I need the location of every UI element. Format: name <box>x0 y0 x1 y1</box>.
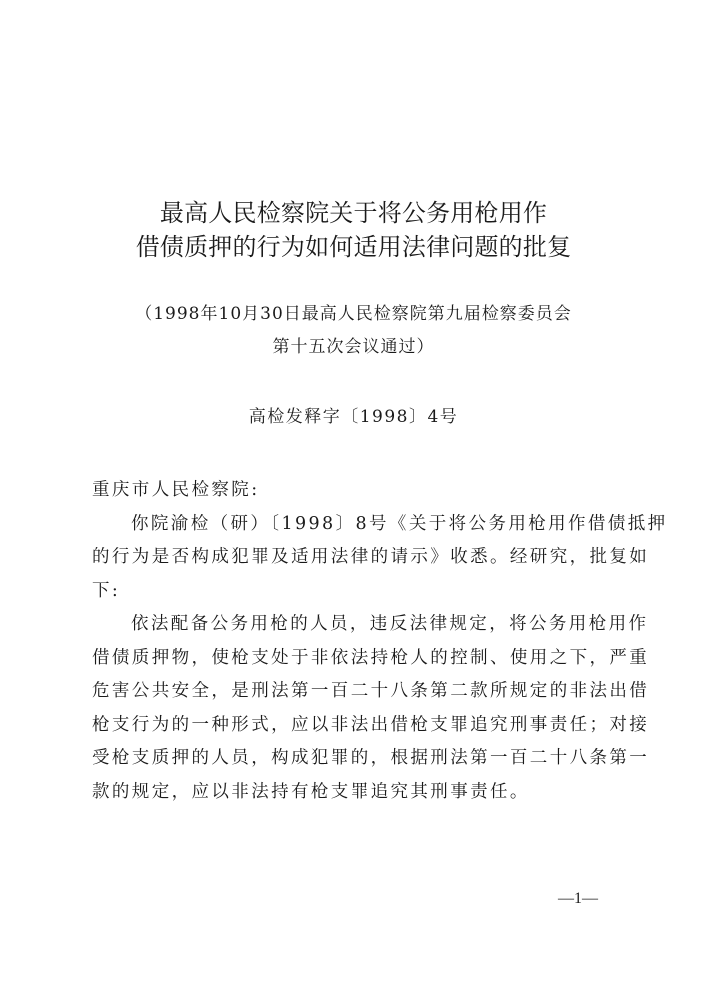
document-title: 最高人民检察院关于将公务用枪用作 借债质押的行为如何适用法律问题的批复 <box>0 196 707 264</box>
body-line: 危害公共安全，是刑法第一百二十八条第二款所规定的非法出借 <box>92 675 620 709</box>
document-number: 高检发释字〔1998〕4号 <box>0 402 707 432</box>
body-line: 受枪支质押的人员，构成犯罪的，根据刑法第一百二十八条第一 <box>92 742 620 776</box>
body-line: 枪支行为的一种形式，应以非法出借枪支罪追究刑事责任；对接 <box>92 709 620 743</box>
body-line: 借债质押物，使枪支处于非依法持枪人的控制、使用之下，严重 <box>92 642 620 676</box>
adoption-note-line-2: 第十五次会议通过） <box>0 331 707 364</box>
document-page: 最高人民检察院关于将公务用枪用作 借债质押的行为如何适用法律问题的批复 （199… <box>0 0 707 999</box>
body-line: 依法配备公务用枪的人员，违反法律规定，将公务用枪用作 <box>92 608 620 642</box>
body-line: 的行为是否构成犯罪及适用法律的请示》收悉。经研究，批复如 <box>92 541 620 575</box>
addressee: 重庆市人民检察院: <box>92 474 620 508</box>
adoption-note: （1998年10月30日最高人民检察院第九届检察委员会 第十五次会议通过） <box>0 298 707 364</box>
body-line: 你院渝检（研）〔1998〕8号《关于将公务用枪用作借债抵押 <box>92 508 620 542</box>
adoption-note-line-1: （1998年10月30日最高人民检察院第九届检察委员会 <box>0 298 707 331</box>
document-body: 重庆市人民检察院: 你院渝检（研）〔1998〕8号《关于将公务用枪用作借债抵押 … <box>92 474 620 809</box>
title-line-2: 借债质押的行为如何适用法律问题的批复 <box>0 230 707 264</box>
body-line: 下: <box>92 575 620 609</box>
body-line: 款的规定，应以非法持有枪支罪追究其刑事责任。 <box>92 776 620 810</box>
title-line-1: 最高人民检察院关于将公务用枪用作 <box>0 196 707 230</box>
page-number: —1— <box>548 887 608 911</box>
